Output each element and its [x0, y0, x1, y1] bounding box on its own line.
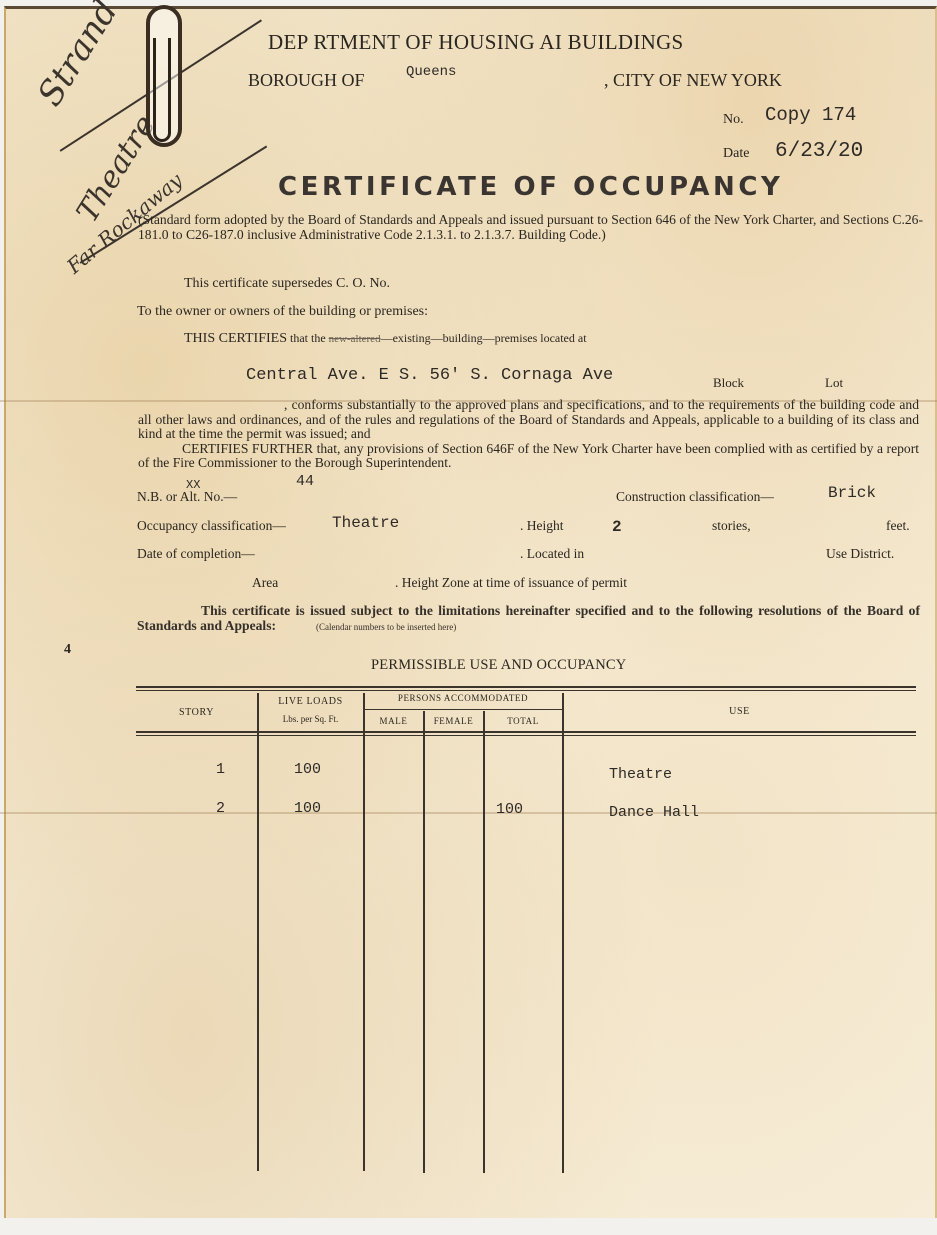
paperclip-inner-loop: [153, 38, 171, 142]
height-zone-label: . Height Zone at time of issuance of per…: [395, 575, 627, 591]
standard-form-text: (Standard form adopted by the Board of S…: [138, 212, 923, 242]
calendar-note: (Calendar numbers to be inserted here): [316, 622, 456, 632]
paper-fold: [0, 812, 937, 814]
table-header-rule: [136, 735, 916, 736]
located-in-label: . Located in: [520, 546, 584, 562]
height-label: . Height: [520, 518, 564, 534]
header-persons: PERSONS ACCOMMODATED: [364, 693, 562, 703]
supersedes-text: This certificate supersedes C. O. No.: [184, 276, 390, 292]
construction-value: Brick: [828, 484, 876, 502]
lot-label: Lot: [825, 375, 843, 391]
header-story: STORY: [136, 707, 257, 718]
column-divider: [257, 693, 259, 1171]
column-divider: [423, 711, 425, 1173]
table-top-rule: [136, 690, 916, 691]
header-live-loads: LIVE LOADS: [258, 696, 363, 707]
header-female: FEMALE: [424, 716, 483, 726]
conforms-text: , conforms substantially to the approved…: [138, 397, 919, 441]
struck-text: new-altered: [329, 333, 381, 345]
borough-value: Queens: [406, 64, 456, 80]
department-heading: DEP RTMENT OF HOUSING AI BUILDINGS: [268, 30, 684, 55]
certifies-lead: THIS CERTIFIES: [184, 331, 287, 346]
area-label: Area: [252, 575, 278, 591]
header-total: TOTAL: [484, 716, 562, 726]
city-label: , CITY OF NEW YORK: [604, 70, 782, 91]
to-owner-text: To the owner or owners of the building o…: [137, 304, 428, 320]
height-value: 2: [612, 518, 622, 536]
occupancy-value: Theatre: [332, 514, 399, 532]
row1-use: Theatre: [609, 766, 672, 783]
header-use: USE: [563, 706, 916, 717]
row2-use: Dance Hall: [609, 804, 699, 821]
header-live-loads-unit: Lbs. per Sq. Ft.: [258, 714, 363, 724]
use-district-label: Use District.: [826, 546, 894, 562]
feet-label: feet.: [886, 518, 910, 534]
row2-total: 100: [496, 801, 523, 818]
column-divider: [562, 693, 564, 1173]
completion-date-label: Date of completion—: [137, 546, 255, 562]
document-title: CERTIFICATE OF OCCUPANCY: [278, 172, 783, 202]
row2-story: 2: [216, 800, 225, 817]
number-label: No.: [723, 112, 744, 128]
certificate-number: Copy 174: [765, 104, 856, 126]
conforms-paragraph: , conforms substantially to the approved…: [138, 398, 919, 471]
block-label: Block: [713, 375, 744, 391]
certifies-line: THIS CERTIFIES that the new-altered—exis…: [184, 331, 587, 347]
certifies-rest: —existing—building—premises located at: [381, 331, 587, 345]
row1-story: 1: [216, 761, 225, 778]
margin-mark: 4: [64, 642, 71, 658]
certifies-further-text: CERTIFIES FURTHER that, any provisions o…: [138, 441, 919, 471]
date-label: Date: [723, 146, 749, 162]
nb-alt-number: 44: [296, 473, 314, 490]
borough-label: BOROUGH OF: [248, 70, 365, 91]
stories-label: stories,: [712, 518, 751, 534]
subject-paragraph: This certificate is issued subject to th…: [137, 603, 920, 635]
construction-label: Construction classification—: [616, 489, 774, 505]
column-divider: [483, 711, 485, 1173]
table-header-rule: [136, 731, 916, 733]
subject-text: This certificate is issued subject to th…: [137, 603, 920, 633]
header-male: MALE: [364, 716, 423, 726]
certificate-date: 6/23/20: [775, 140, 863, 163]
table-title: PERMISSIBLE USE AND OCCUPANCY: [371, 657, 626, 674]
nb-overtype: XX: [186, 478, 200, 492]
row2-live-load: 100: [294, 800, 321, 817]
column-divider: [363, 693, 365, 1171]
table-top-rule: [136, 686, 916, 688]
row1-live-load: 100: [294, 761, 321, 778]
certifies-that: that the: [287, 331, 329, 345]
occupancy-label: Occupancy classification—: [137, 518, 286, 534]
persons-subheader-rule: [365, 709, 562, 710]
premises-address: Central Ave. E S. 56' S. Cornaga Ave: [246, 366, 613, 385]
